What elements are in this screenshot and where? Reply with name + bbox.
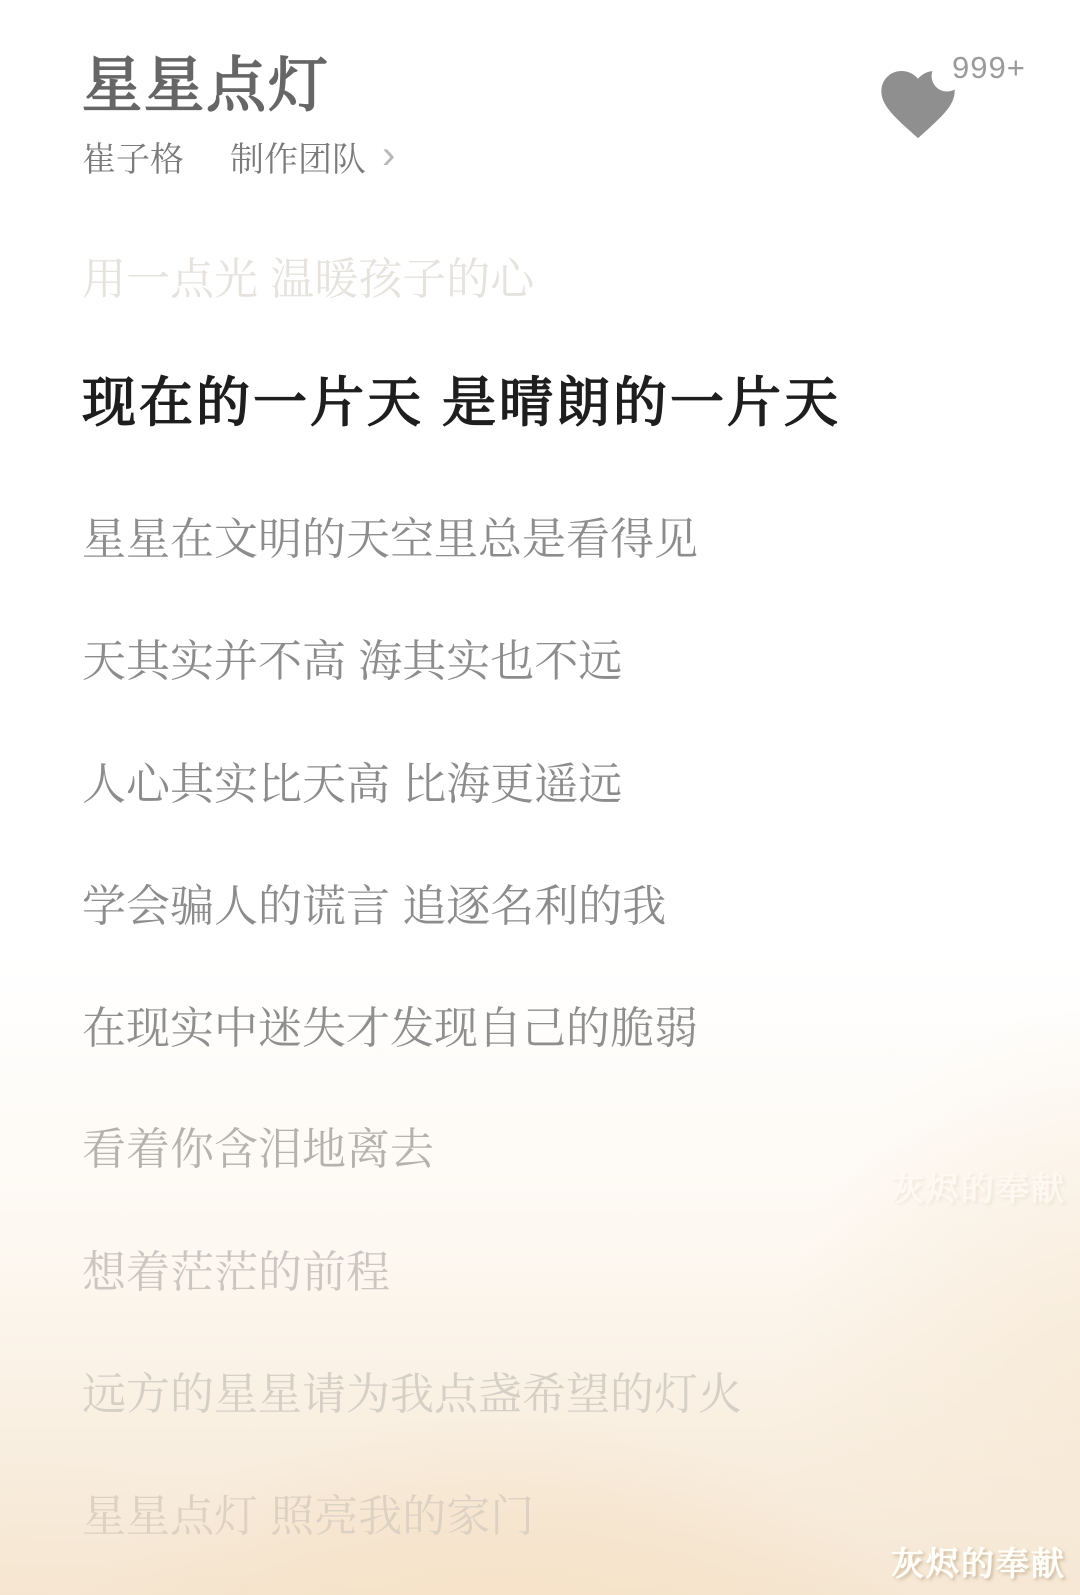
lyric-line[interactable]: 在现实中迷失才发现自己的脆弱 [82,992,698,1056]
lyric-line[interactable]: 看着你含泪地离去 [82,1113,434,1177]
like-count-badge: 999+ [952,50,1026,86]
artist-row[interactable]: 崔子格 制作团队 › [82,132,395,181]
lyric-line[interactable]: 天其实并不高 海其实也不远 [82,625,622,689]
artist-name: 崔子格 [82,132,184,181]
lyric-line[interactable]: 星星点灯 照亮我的家门 [82,1480,534,1544]
lyric-line[interactable]: 想着茫茫的前程 [82,1236,390,1300]
lyric-line[interactable]: 用一点光 温暖孩子的心 [82,243,534,307]
lyric-line[interactable]: 人心其实比天高 比海更遥远 [82,748,622,812]
chevron-right-icon: › [382,138,395,172]
lyric-line[interactable]: 学会骗人的谎言 追逐名利的我 [82,870,666,934]
like-button[interactable]: 999+ [874,48,1074,158]
watermark: 灰烬的奉献 [891,1538,1066,1585]
song-title: 星星点灯 [82,38,330,124]
lyric-line[interactable]: 星星在文明的天空里总是看得见 [82,503,698,567]
heart-icon [874,60,962,148]
watermark-faint: 灰烬的奉献 [891,1163,1066,1210]
lyric-line[interactable]: 远方的星星请为我点盏希望的灯火 [82,1358,742,1422]
production-team-label: 制作团队 [230,132,366,181]
lyric-line-active[interactable]: 现在的一片天 是晴朗的一片天 [82,360,841,437]
lyrics-screen: 星星点灯 崔子格 制作团队 › 999+ 用一点光 温暖孩子的心 现在的一片天 … [0,0,1080,1595]
